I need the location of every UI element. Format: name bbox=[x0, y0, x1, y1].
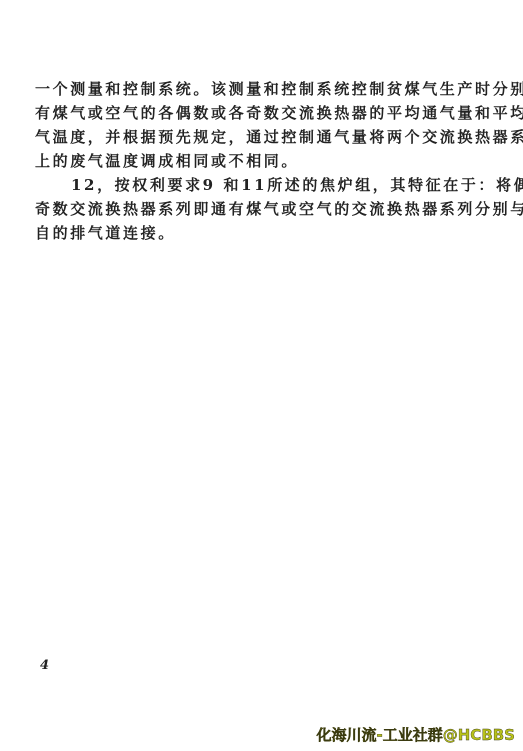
claim-12-line-3: 自的排气道连接。 bbox=[35, 221, 485, 245]
paragraph-1-line-1: 一个测量和控制系统。该测量和控制系统控制贫煤气生产时分别通 bbox=[35, 77, 485, 101]
paragraph-1-line-3: 气温度，并根据预先规定，通过控制通气量将两个交流换热器系列 bbox=[35, 125, 485, 149]
claim-12-line-2: 奇数交流换热器系列即通有煤气或空气的交流换热器系列分别与各 bbox=[35, 197, 485, 221]
claim-12-line-1: 12，按权利要求9 和11所述的焦炉组，其特征在于：将偶数或 bbox=[35, 173, 485, 197]
document-page: 一个测量和控制系统。该测量和控制系统控制贫煤气生产时分别通 有煤气或空气的各偶数… bbox=[0, 0, 523, 751]
claims-text-block: 一个测量和控制系统。该测量和控制系统控制贫煤气生产时分别通 有煤气或空气的各偶数… bbox=[35, 77, 485, 245]
page-number: 4 bbox=[40, 658, 49, 673]
paragraph-1-line-2: 有煤气或空气的各偶数或各奇数交流换热器的平均通气量和平均废 bbox=[35, 101, 485, 125]
watermark-text: 化海川流-工业社群@HCBBS bbox=[317, 724, 515, 745]
paragraph-1-line-4: 上的废气温度调成相同或不相同。 bbox=[35, 149, 485, 173]
